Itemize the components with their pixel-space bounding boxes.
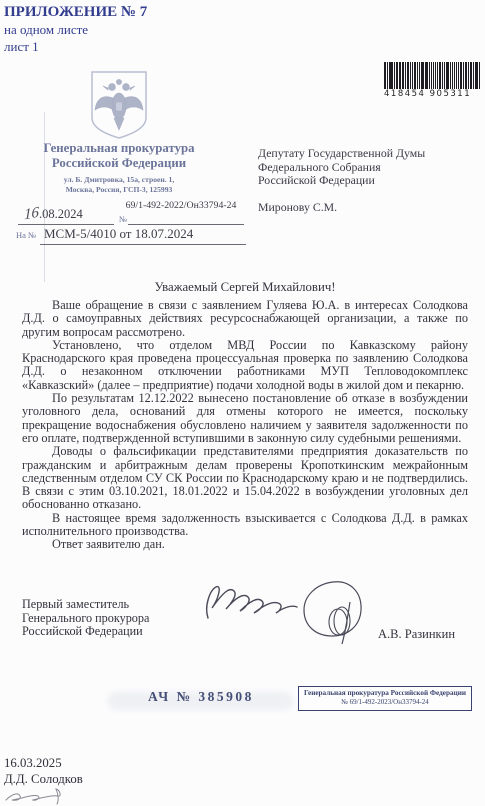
handwritten-signature (200, 578, 300, 631)
number-sign-label: № (119, 214, 127, 224)
stamp-number: № 69/1-492-2023/Он33794-24 (301, 698, 469, 707)
signer-name: А.В. Разинкин (378, 627, 455, 642)
number-underline (128, 224, 244, 225)
recipient-line1: Депутату Государственной Думы (258, 147, 425, 161)
salutation: Уважаемый Сергей Михайлович! (22, 280, 468, 295)
org-name-line1: Генеральная прокуратура (8, 141, 230, 156)
barcode-digits: 418454 905311 (384, 89, 481, 99)
paragraph-3: По результатам 12.12.2022 вынесено поста… (22, 392, 468, 445)
stamp-org-name: Генеральная прокуратура Российской Федер… (301, 689, 469, 698)
signer-title-line1: Первый заместитель (22, 598, 149, 612)
reply-to-label: На № (16, 230, 36, 240)
outgoing-number: 69/1-492-2022/Он33794-24 (120, 200, 242, 211)
paragraph-6: Ответ заявителю дан. (22, 538, 468, 551)
address-line1: ул. Б. Дмитровка, 15а, строен. 1, (8, 175, 230, 185)
signer-title-line3: Российской Федерации (22, 625, 149, 639)
date-number-block: 69/1-492-2022/Он33794-24 16.08.2024 № На… (16, 198, 242, 248)
typed-date: .08.2024 (39, 207, 83, 221)
letter-date: 16.08.2024 (24, 206, 83, 223)
appendix-sheets-note: на одном листе (4, 21, 147, 38)
address-line2: Москва, Россия, ГСП-3, 125993 (8, 185, 230, 195)
letter-body: Ваше обращение в связи с заявлением Гуля… (22, 299, 468, 552)
paragraph-1: Ваше обращение в связи с заявлением Гуля… (22, 299, 468, 339)
registration-barcode: 418454 905311 (384, 62, 481, 99)
paragraph-4: Доводы о фальсификации представителями п… (22, 445, 468, 511)
incoming-reference: МСМ-5/4010 от 18.07.2024 (44, 226, 193, 242)
pen-circle-doodle (298, 578, 368, 653)
date-underline (18, 224, 114, 225)
recipient-line3: Российской Федерации (258, 174, 425, 188)
signer-title: Первый заместитель Генерального прокурор… (22, 598, 149, 639)
recipient-block: Депутату Государственной Думы Федерально… (258, 147, 425, 214)
paragraph-5: В настоящее время задолженность взыскива… (22, 512, 468, 539)
footer-name: Д.Д. Солодков (4, 771, 83, 787)
registration-stamp: Генеральная прокуратура Российской Федер… (298, 686, 472, 711)
recipient-line2: Федерального Собрания (258, 161, 425, 175)
scanned-letter-page: ПРИЛОЖЕНИЕ № 7 на одном листе лист 1 418… (0, 0, 485, 806)
footer-handwritten-signature (4, 786, 68, 806)
appendix-annotation: ПРИЛОЖЕНИЕ № 7 на одном листе лист 1 (4, 4, 147, 55)
coat-of-arms-icon (88, 70, 150, 145)
handwritten-day: 16 (24, 205, 39, 225)
appendix-title: ПРИЛОЖЕНИЕ № 7 (4, 4, 147, 21)
signer-title-line2: Генерального прокурора (22, 612, 149, 626)
footer-annotation: 16.03.2025 Д.Д. Солодков (4, 755, 83, 787)
reference-underline (40, 244, 246, 245)
appendix-sheet-number: лист 1 (4, 38, 147, 55)
recipient-name: Миронову С.М. (258, 201, 425, 215)
letterhead-org-name: Генеральная прокуратура Российской Федер… (8, 141, 230, 171)
footer-date: 16.03.2025 (4, 755, 83, 771)
barcode-bars (384, 62, 481, 89)
letterhead-address: ул. Б. Дмитровка, 15а, строен. 1, Москва… (8, 175, 230, 194)
scan-artifact-line (44, 112, 45, 282)
org-name-line2: Российской Федерации (8, 156, 230, 171)
paragraph-2: Установлено, что отделом МВД России по К… (22, 339, 468, 392)
form-serial-number: АЧ № 385908 (148, 689, 254, 705)
